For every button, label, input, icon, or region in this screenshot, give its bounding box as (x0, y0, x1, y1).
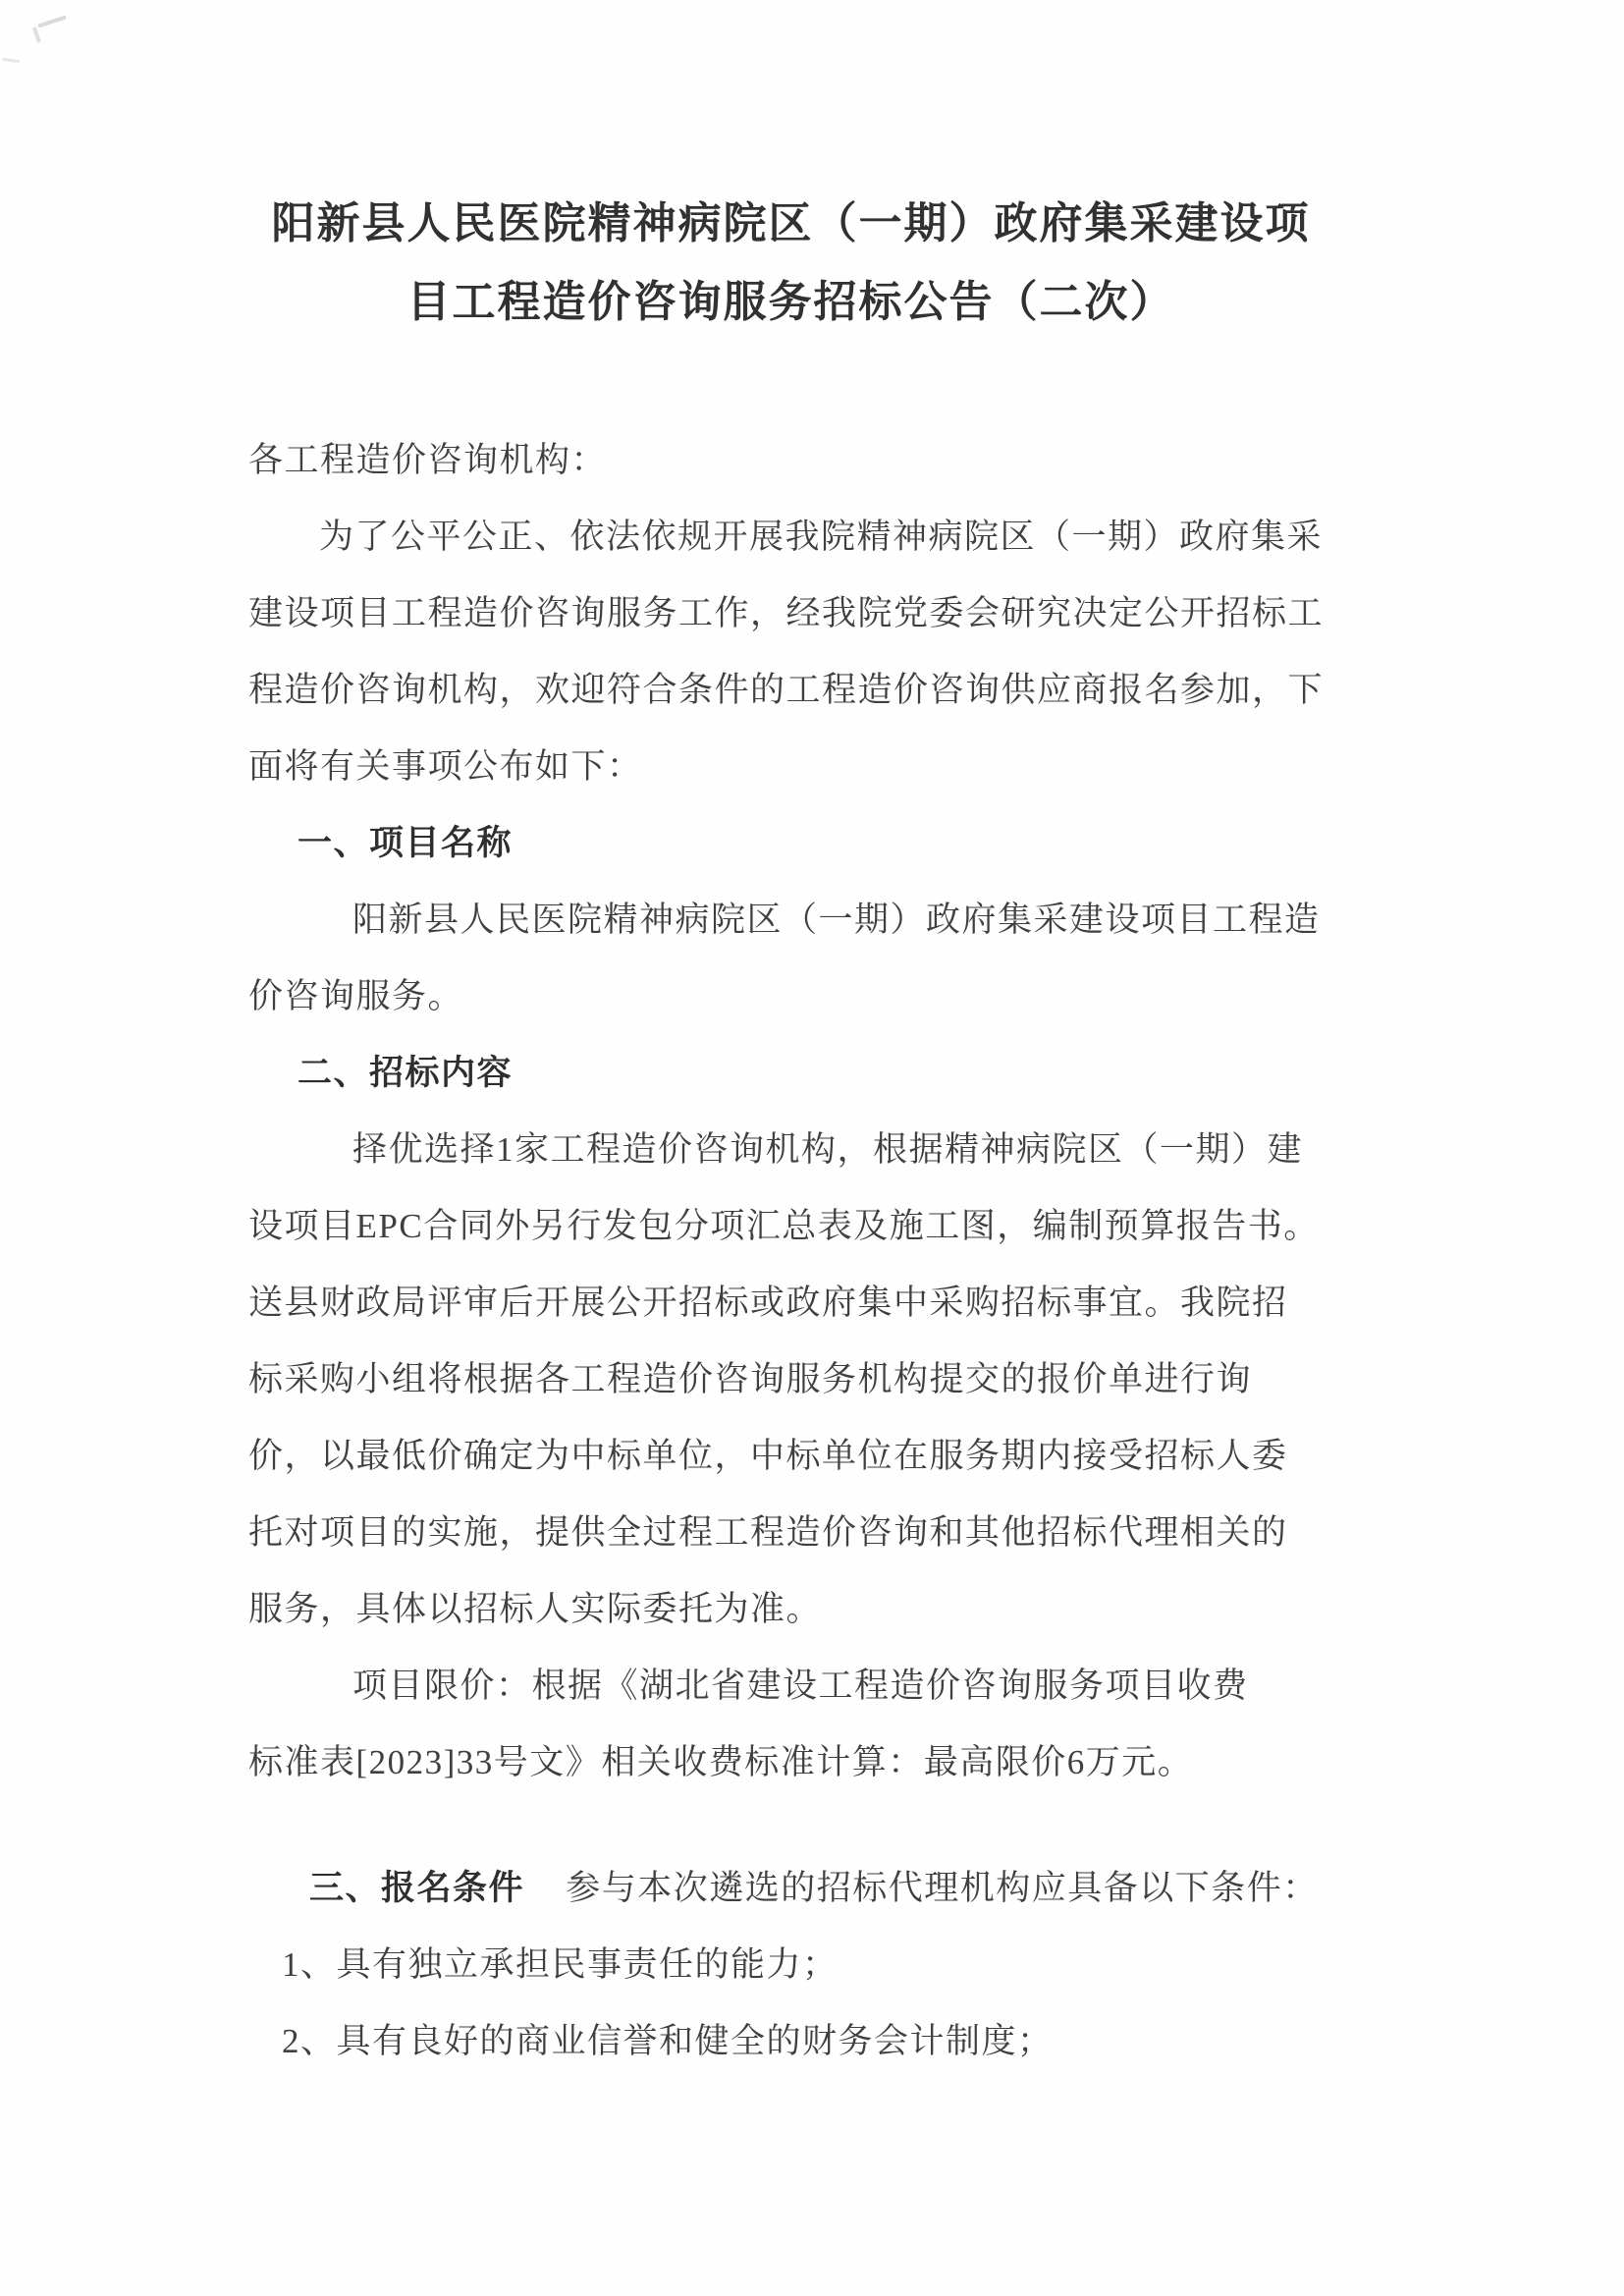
intro-line: 建设项目工程造价咨询服务工作，经我院党委会研究决定公开招标工 (248, 575, 1333, 652)
section2-line: 价，以最低价确定为中标单位，中标单位在服务期内接受招标人委 (248, 1418, 1333, 1495)
section2-lines: 设项目EPC合同外另行发包分项汇总表及施工图，编制预算报告书。送县财政局评审后开… (248, 1188, 1333, 1648)
section3-heading: 三、报名条件 (309, 1869, 524, 1907)
condition-items: 1、具有独立承担民事责任的能力；2、具有良好的商业信誉和健全的财务会计制度； (248, 1927, 1333, 2080)
scan-artifact (2, 58, 20, 63)
section2-first-line: 择优选择1家工程造价咨询机构，根据精神病院区（一期）建 (248, 1112, 1333, 1188)
section2-line: 托对项目的实施，提供全过程工程造价咨询和其他招标代理相关的 (248, 1495, 1333, 1571)
section2-heading: 二、招标内容 (248, 1035, 1333, 1112)
document-title-line-2: 目工程造价咨询服务招标公告（二次） (248, 263, 1333, 342)
intro-line: 程造价咨询机构，欢迎符合条件的工程造价咨询供应商报名参加，下 (248, 652, 1333, 729)
salutation: 各工程造价咨询机构： (248, 422, 1333, 499)
section1-first-line: 阳新县人民医院精神病院区（一期）政府集采建设项目工程造 (248, 882, 1333, 958)
section1-lines: 价咨询服务。 (248, 958, 1333, 1035)
intro-line: 面将有关事项公布如下： (248, 729, 1333, 805)
section2-line: 送县财政局评审后开展公开招标或政府集中采购招标事宜。我院招 (248, 1265, 1333, 1341)
price-limit-line: 标准表[2023]33号文》相关收费标准计算：最高限价6万元。 (248, 1724, 1333, 1801)
condition-item: 1、具有独立承担民事责任的能力； (248, 1927, 1333, 2003)
section1-heading: 一、项目名称 (248, 805, 1333, 882)
intro-lines: 建设项目工程造价咨询服务工作，经我院党委会研究决定公开招标工程造价咨询机构，欢迎… (248, 575, 1333, 805)
section2-line: 标采购小组将根据各工程造价咨询服务机构提交的报价单进行询 (248, 1341, 1333, 1418)
scan-artifact (37, 15, 67, 27)
section2-line: 设项目EPC合同外另行发包分项汇总表及施工图，编制预算报告书。 (248, 1188, 1333, 1265)
section3-heading-rest: 参与本次遴选的招标代理机构应具备以下条件： (566, 1869, 1319, 1907)
section2-line: 服务，具体以招标人实际委托为准。 (248, 1571, 1333, 1648)
price-limit-lines: 标准表[2023]33号文》相关收费标准计算：最高限价6万元。 (248, 1724, 1333, 1801)
condition-item: 2、具有良好的商业信誉和健全的财务会计制度； (248, 2003, 1333, 2080)
document-title-line-1: 阳新县人民医院精神病院区（一期）政府集采建设项 (248, 185, 1333, 263)
price-limit-first-line: 项目限价：根据《湖北省建设工程造价咨询服务项目收费 (248, 1648, 1333, 1724)
document-content: 阳新县人民医院精神病院区（一期）政府集采建设项 目工程造价咨询服务招标公告（二次… (248, 185, 1333, 2080)
section3-heading-line: 三、报名条件 参与本次遴选的招标代理机构应具备以下条件： (248, 1850, 1333, 1927)
section1-line: 价咨询服务。 (248, 958, 1333, 1035)
document-page: 阳新县人民医院精神病院区（一期）政府集采建设项 目工程造价咨询服务招标公告（二次… (0, 0, 1624, 2296)
intro-first-line: 为了公平公正、依法依规开展我院精神病院区（一期）政府集采 (248, 499, 1333, 575)
